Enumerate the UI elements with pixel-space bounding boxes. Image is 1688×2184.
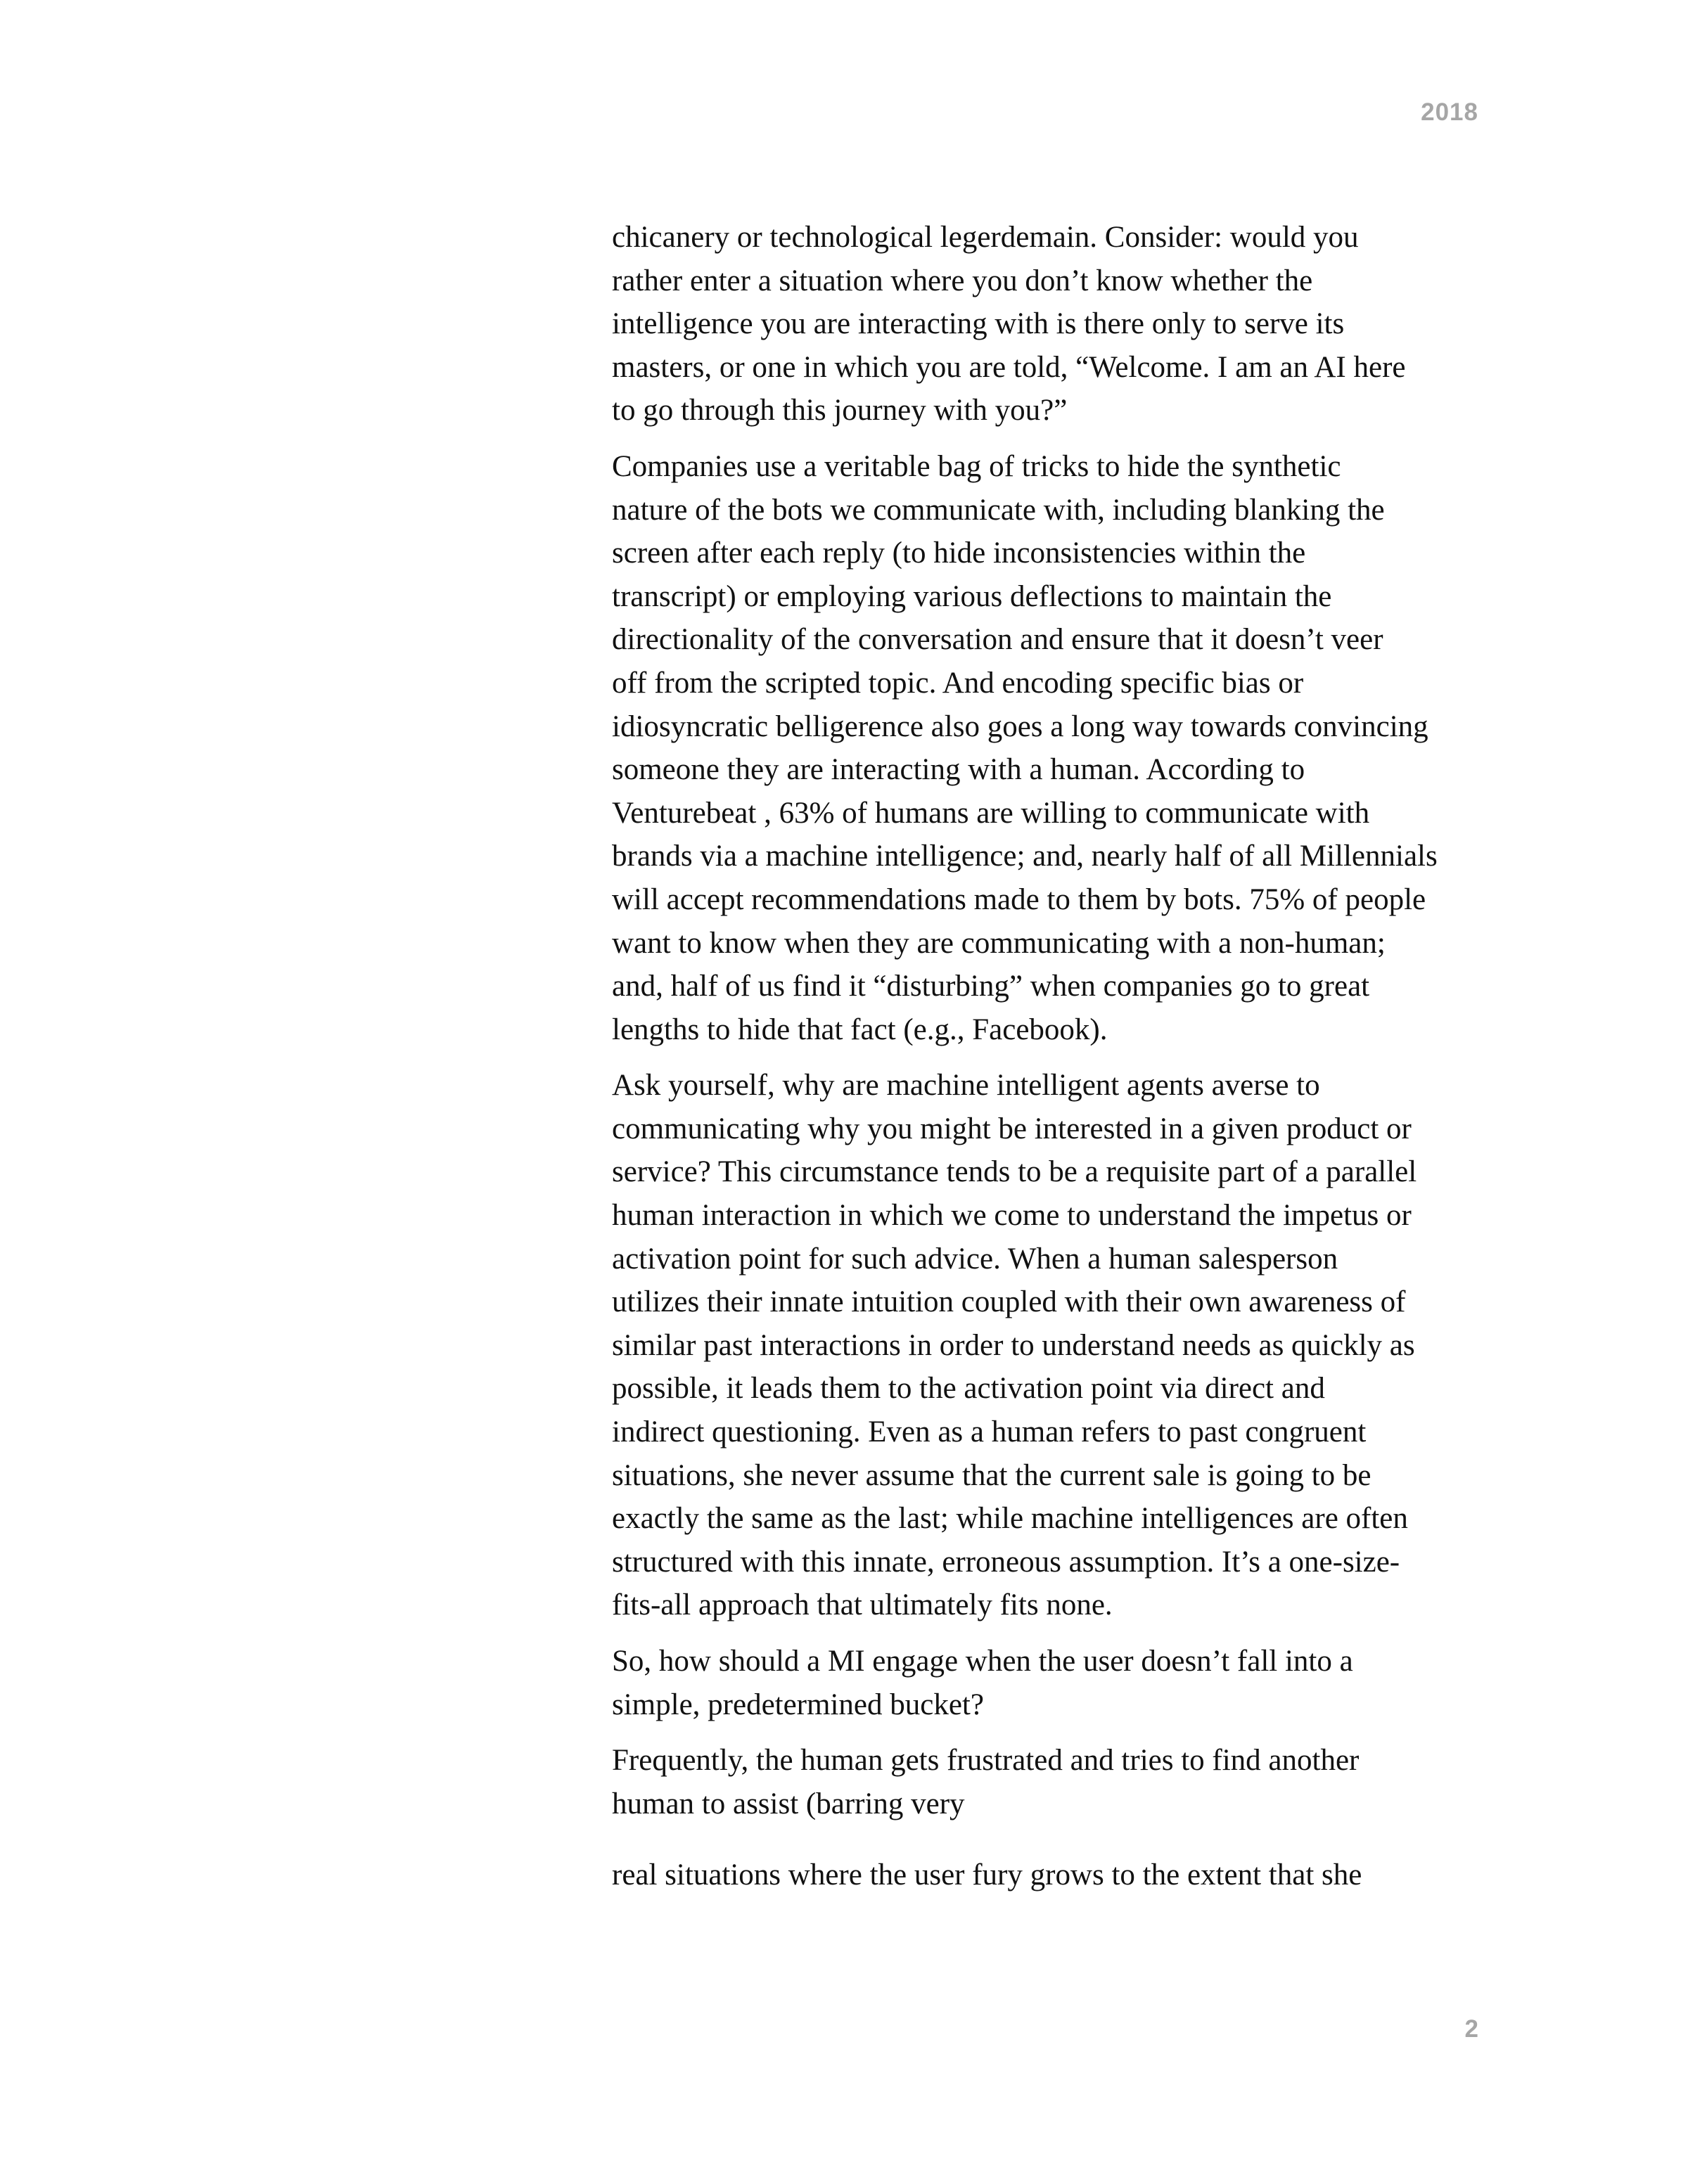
- text-line: will accept recommendations made to them…: [612, 878, 1505, 922]
- text-line: human interaction in which we come to un…: [612, 1194, 1505, 1238]
- paragraph-2: Companies use a veritable bag of tricks …: [612, 445, 1505, 1051]
- text-line: situations, she never assume that the cu…: [612, 1454, 1505, 1498]
- text-line: Companies use a veritable bag of tricks …: [612, 445, 1505, 489]
- text-line: utilizes their innate intuition coupled …: [612, 1280, 1505, 1324]
- text-line: exactly the same as the last; while mach…: [612, 1497, 1505, 1541]
- body-text: chicanery or technological legerdemain. …: [612, 216, 1505, 1910]
- text-line: directionality of the conversation and e…: [612, 618, 1505, 662]
- text-line: and, half of us find it “disturbing” whe…: [612, 965, 1505, 1008]
- text-line: chicanery or technological legerdemain. …: [612, 216, 1505, 259]
- text-line: similar past interactions in order to un…: [612, 1324, 1505, 1368]
- text-line: Frequently, the human gets frustrated an…: [612, 1739, 1505, 1782]
- text-line: Ask yourself, why are machine intelligen…: [612, 1064, 1505, 1107]
- header-year: 2018: [1421, 98, 1478, 127]
- paragraph-1: chicanery or technological legerdemain. …: [612, 216, 1505, 432]
- text-line: intelligence you are interacting with is…: [612, 302, 1505, 346]
- text-line: transcript) or employing various deflect…: [612, 575, 1505, 619]
- text-line: fits-all approach that ultimately fits n…: [612, 1584, 1505, 1627]
- text-line: nature of the bots we communicate with, …: [612, 489, 1505, 532]
- text-line: So, how should a MI engage when the user…: [612, 1640, 1505, 1683]
- text-line: service? This circumstance tends to be a…: [612, 1150, 1505, 1194]
- text-line: lengths to hide that fact (e.g., Faceboo…: [612, 1008, 1505, 1052]
- paragraph-3: Ask yourself, why are machine intelligen…: [612, 1064, 1505, 1627]
- text-line: real situations where the user fury grow…: [612, 1854, 1505, 1897]
- text-line: rather enter a situation where you don’t…: [612, 259, 1505, 303]
- paragraph-4: So, how should a MI engage when the user…: [612, 1640, 1505, 1726]
- text-line: screen after each reply (to hide inconsi…: [612, 532, 1505, 575]
- text-line: masters, or one in which you are told, “…: [612, 346, 1505, 390]
- text-line: structured with this innate, erroneous a…: [612, 1541, 1505, 1584]
- text-line: Venturebeat , 63% of humans are willing …: [612, 792, 1505, 835]
- text-line: off from the scripted topic. And encodin…: [612, 662, 1505, 705]
- paragraph-6: real situations where the user fury grow…: [612, 1854, 1505, 1897]
- text-line: communicating why you might be intereste…: [612, 1107, 1505, 1151]
- text-line: possible, it leads them to the activatio…: [612, 1367, 1505, 1411]
- text-line: idiosyncratic belligerence also goes a l…: [612, 705, 1505, 749]
- text-line: activation point for such advice. When a…: [612, 1238, 1505, 1281]
- text-line: to go through this journey with you?”: [612, 389, 1505, 432]
- document-page: 2018 chicanery or technological legerdem…: [0, 0, 1688, 2184]
- text-line: want to know when they are communicating…: [612, 922, 1505, 965]
- page-number: 2: [1465, 2015, 1478, 2043]
- text-line: someone they are interacting with a huma…: [612, 748, 1505, 792]
- text-line: simple, predetermined bucket?: [612, 1683, 1505, 1727]
- text-line: human to assist (barring very: [612, 1782, 1505, 1826]
- text-line: brands via a machine intelligence; and, …: [612, 835, 1505, 878]
- text-line: indirect questioning. Even as a human re…: [612, 1411, 1505, 1454]
- paragraph-5: Frequently, the human gets frustrated an…: [612, 1739, 1505, 1825]
